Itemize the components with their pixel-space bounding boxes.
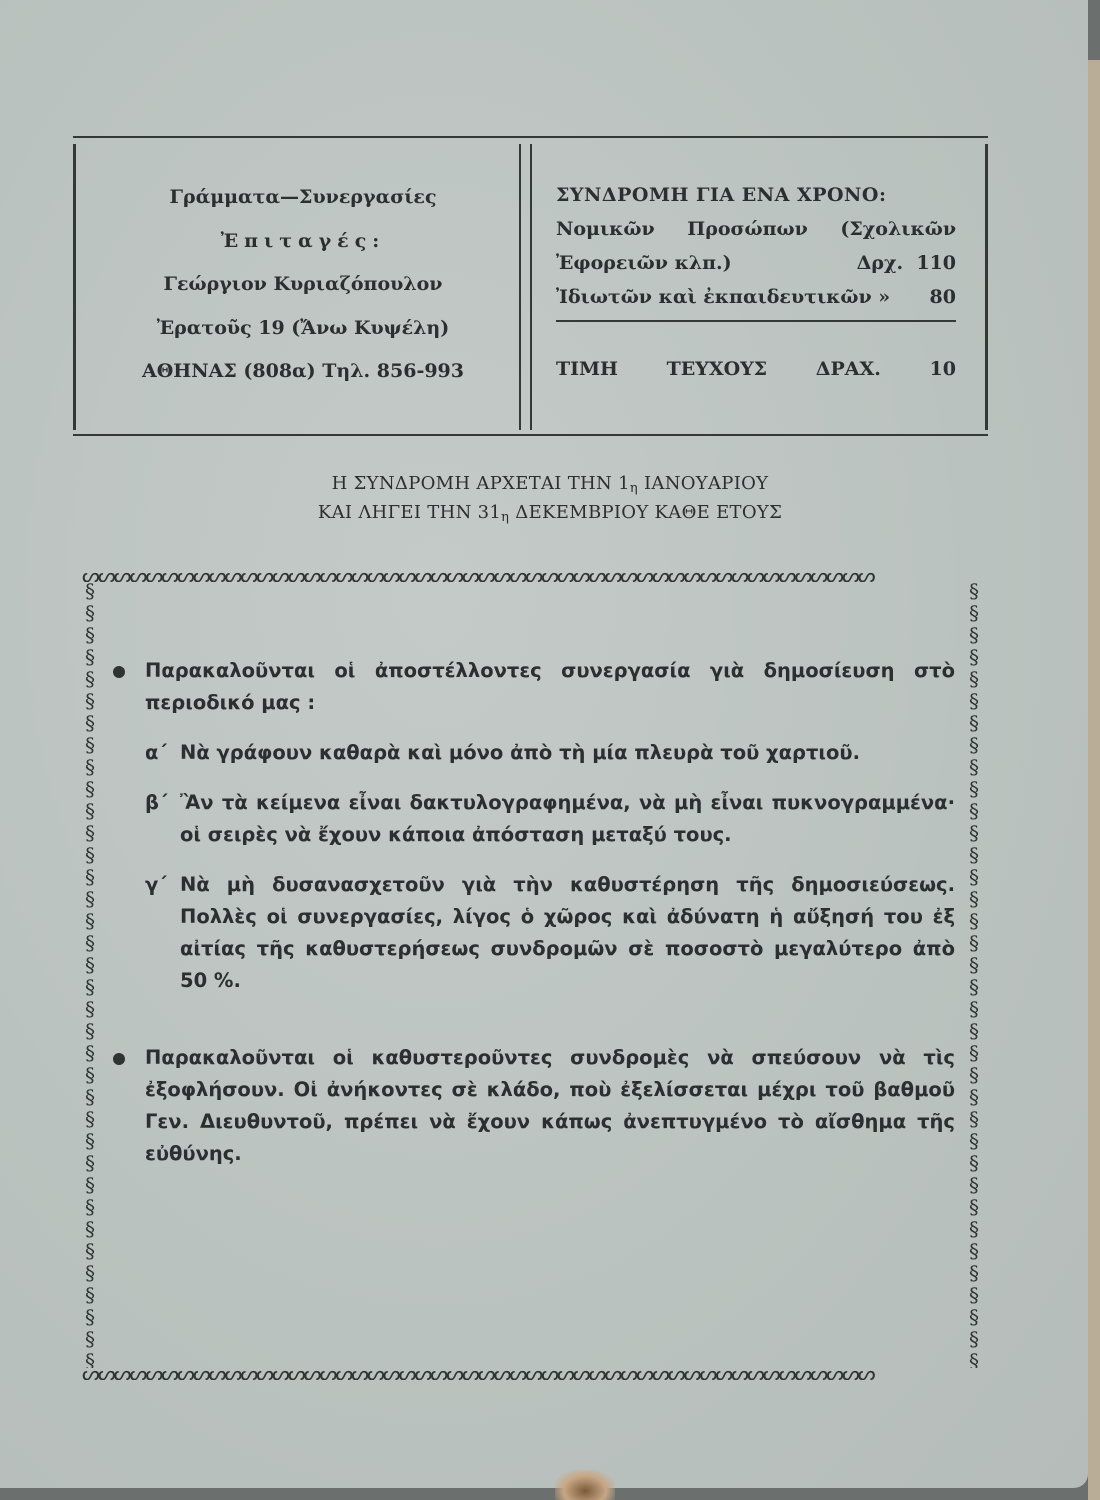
legal-entities-row: Νομικῶν Προσώπων (Σχολικῶν <box>556 212 956 246</box>
ornament-border-top: ᔕᔕᔕᔕᔕᔕᔕᔕᔕᔕᔕᔕᔕᔕᔕᔕᔕᔕᔕᔕᔕᔕᔕᔕᔕᔕᔕᔕᔕᔕᔕᔕᔕᔕᔕᔕᔕᔕᔕᔕ… <box>82 568 982 582</box>
item-marker: α΄ <box>145 737 167 769</box>
address-city-phone: ΑΘΗΝΑΣ (808α) Τηλ. 856-993 <box>93 350 513 394</box>
subscription-period-notice: Η ΣΥΝΔΡΟΜΗ ΑΡΧΕΤΑΙ ΤΗΝ 1η ΙΑΝΟΥΑΡΙΟΥ ΚΑΙ… <box>150 472 950 530</box>
issue-price: 10 <box>930 352 956 386</box>
ornament-border-left: §§§§§§§§§§§§§§§§§§§§§§§§§§§§§§§§§§§§§ <box>82 580 98 1368</box>
paper-stain <box>555 1470 615 1500</box>
issue-price-row: ΤΙΜΗ ΤΕΥΧΟΥΣ ΔΡΑΧ. 10 <box>556 352 956 386</box>
payment-label: Ἐπιταγές: <box>93 220 513 264</box>
ornament-border-right: §§§§§§§§§§§§§§§§§§§§§§§§§§§§§§§§§§§§§ <box>966 580 982 1368</box>
late-subscribers-notice: Παρακαλοῦνται οἱ καθυστεροῦντες συνδρομὲ… <box>145 1042 955 1170</box>
scanned-page: Γράμματα—Συνεργασίες Ἐπιταγές: Γεώργιον … <box>0 0 1088 1488</box>
individuals-price-row: Ἰδιωτῶν καὶ ἐκπαιδευτικῶν » 80 <box>556 280 956 314</box>
box-right-border <box>985 144 988 430</box>
notices-body: Παρακαλοῦνται οἱ ἀποστέλλοντες συνεργασί… <box>145 655 955 1170</box>
list-item: β΄ Ἂν τὰ κείμενα εἶναι δακτυλογραφημένα,… <box>145 787 955 851</box>
ornament-border-bottom: ᔕᔕᔕᔕᔕᔕᔕᔕᔕᔕᔕᔕᔕᔕᔕᔕᔕᔕᔕᔕᔕᔕᔕᔕᔕᔕᔕᔕᔕᔕᔕᔕᔕᔕᔕᔕᔕᔕᔕᔕ… <box>82 1366 982 1380</box>
box-divider <box>519 144 521 430</box>
price-legal: 110 <box>916 252 956 274</box>
subscription-title: ΣΥΝΔΡΟΜΗ ΓΙΑ ΕΝΑ ΧΡΟΝΟ: <box>556 178 956 212</box>
address-street: Ἐρατοῦς 19 (Ἄνω Κυψέλη) <box>93 307 513 351</box>
page-edge <box>1088 60 1100 1500</box>
payee-name: Γεώργιον Κυριαζόπουλον <box>93 263 513 307</box>
contact-block: Γράμματα—Συνεργασίες Ἐπιταγές: Γεώργιον … <box>93 176 513 394</box>
contact-heading: Γράμματα—Συνεργασίες <box>93 176 513 220</box>
list-item: γ΄ Νὰ μὴ δυσανασχετοῦν γιὰ τὴν καθυστέρη… <box>145 869 955 997</box>
box-left-border <box>73 144 76 430</box>
divider-line <box>556 320 956 322</box>
price-individuals: 80 <box>930 280 956 314</box>
list-item: α΄ Νὰ γράφουν καθαρὰ καὶ μόνο ἀπὸ τὴ μία… <box>145 737 955 769</box>
bullet-icon <box>113 1053 125 1065</box>
subscription-block: ΣΥΝΔΡΟΜΗ ΓΙΑ ΕΝΑ ΧΡΟΝΟ: Νομικῶν Προσώπων… <box>556 178 956 386</box>
bullet-icon <box>113 666 125 678</box>
item-marker: γ΄ <box>145 869 167 901</box>
legal-entities-price-row: Ἐφορειῶν κλπ.) Δρχ. 110 <box>556 246 956 280</box>
box-divider <box>530 144 532 430</box>
item-marker: β΄ <box>145 787 168 819</box>
header-info-box: Γράμματα—Συνεργασίες Ἐπιταγές: Γεώργιον … <box>73 136 988 436</box>
contributors-notice: Παρακαλοῦνται οἱ ἀποστέλλοντες συνεργασί… <box>145 655 955 719</box>
